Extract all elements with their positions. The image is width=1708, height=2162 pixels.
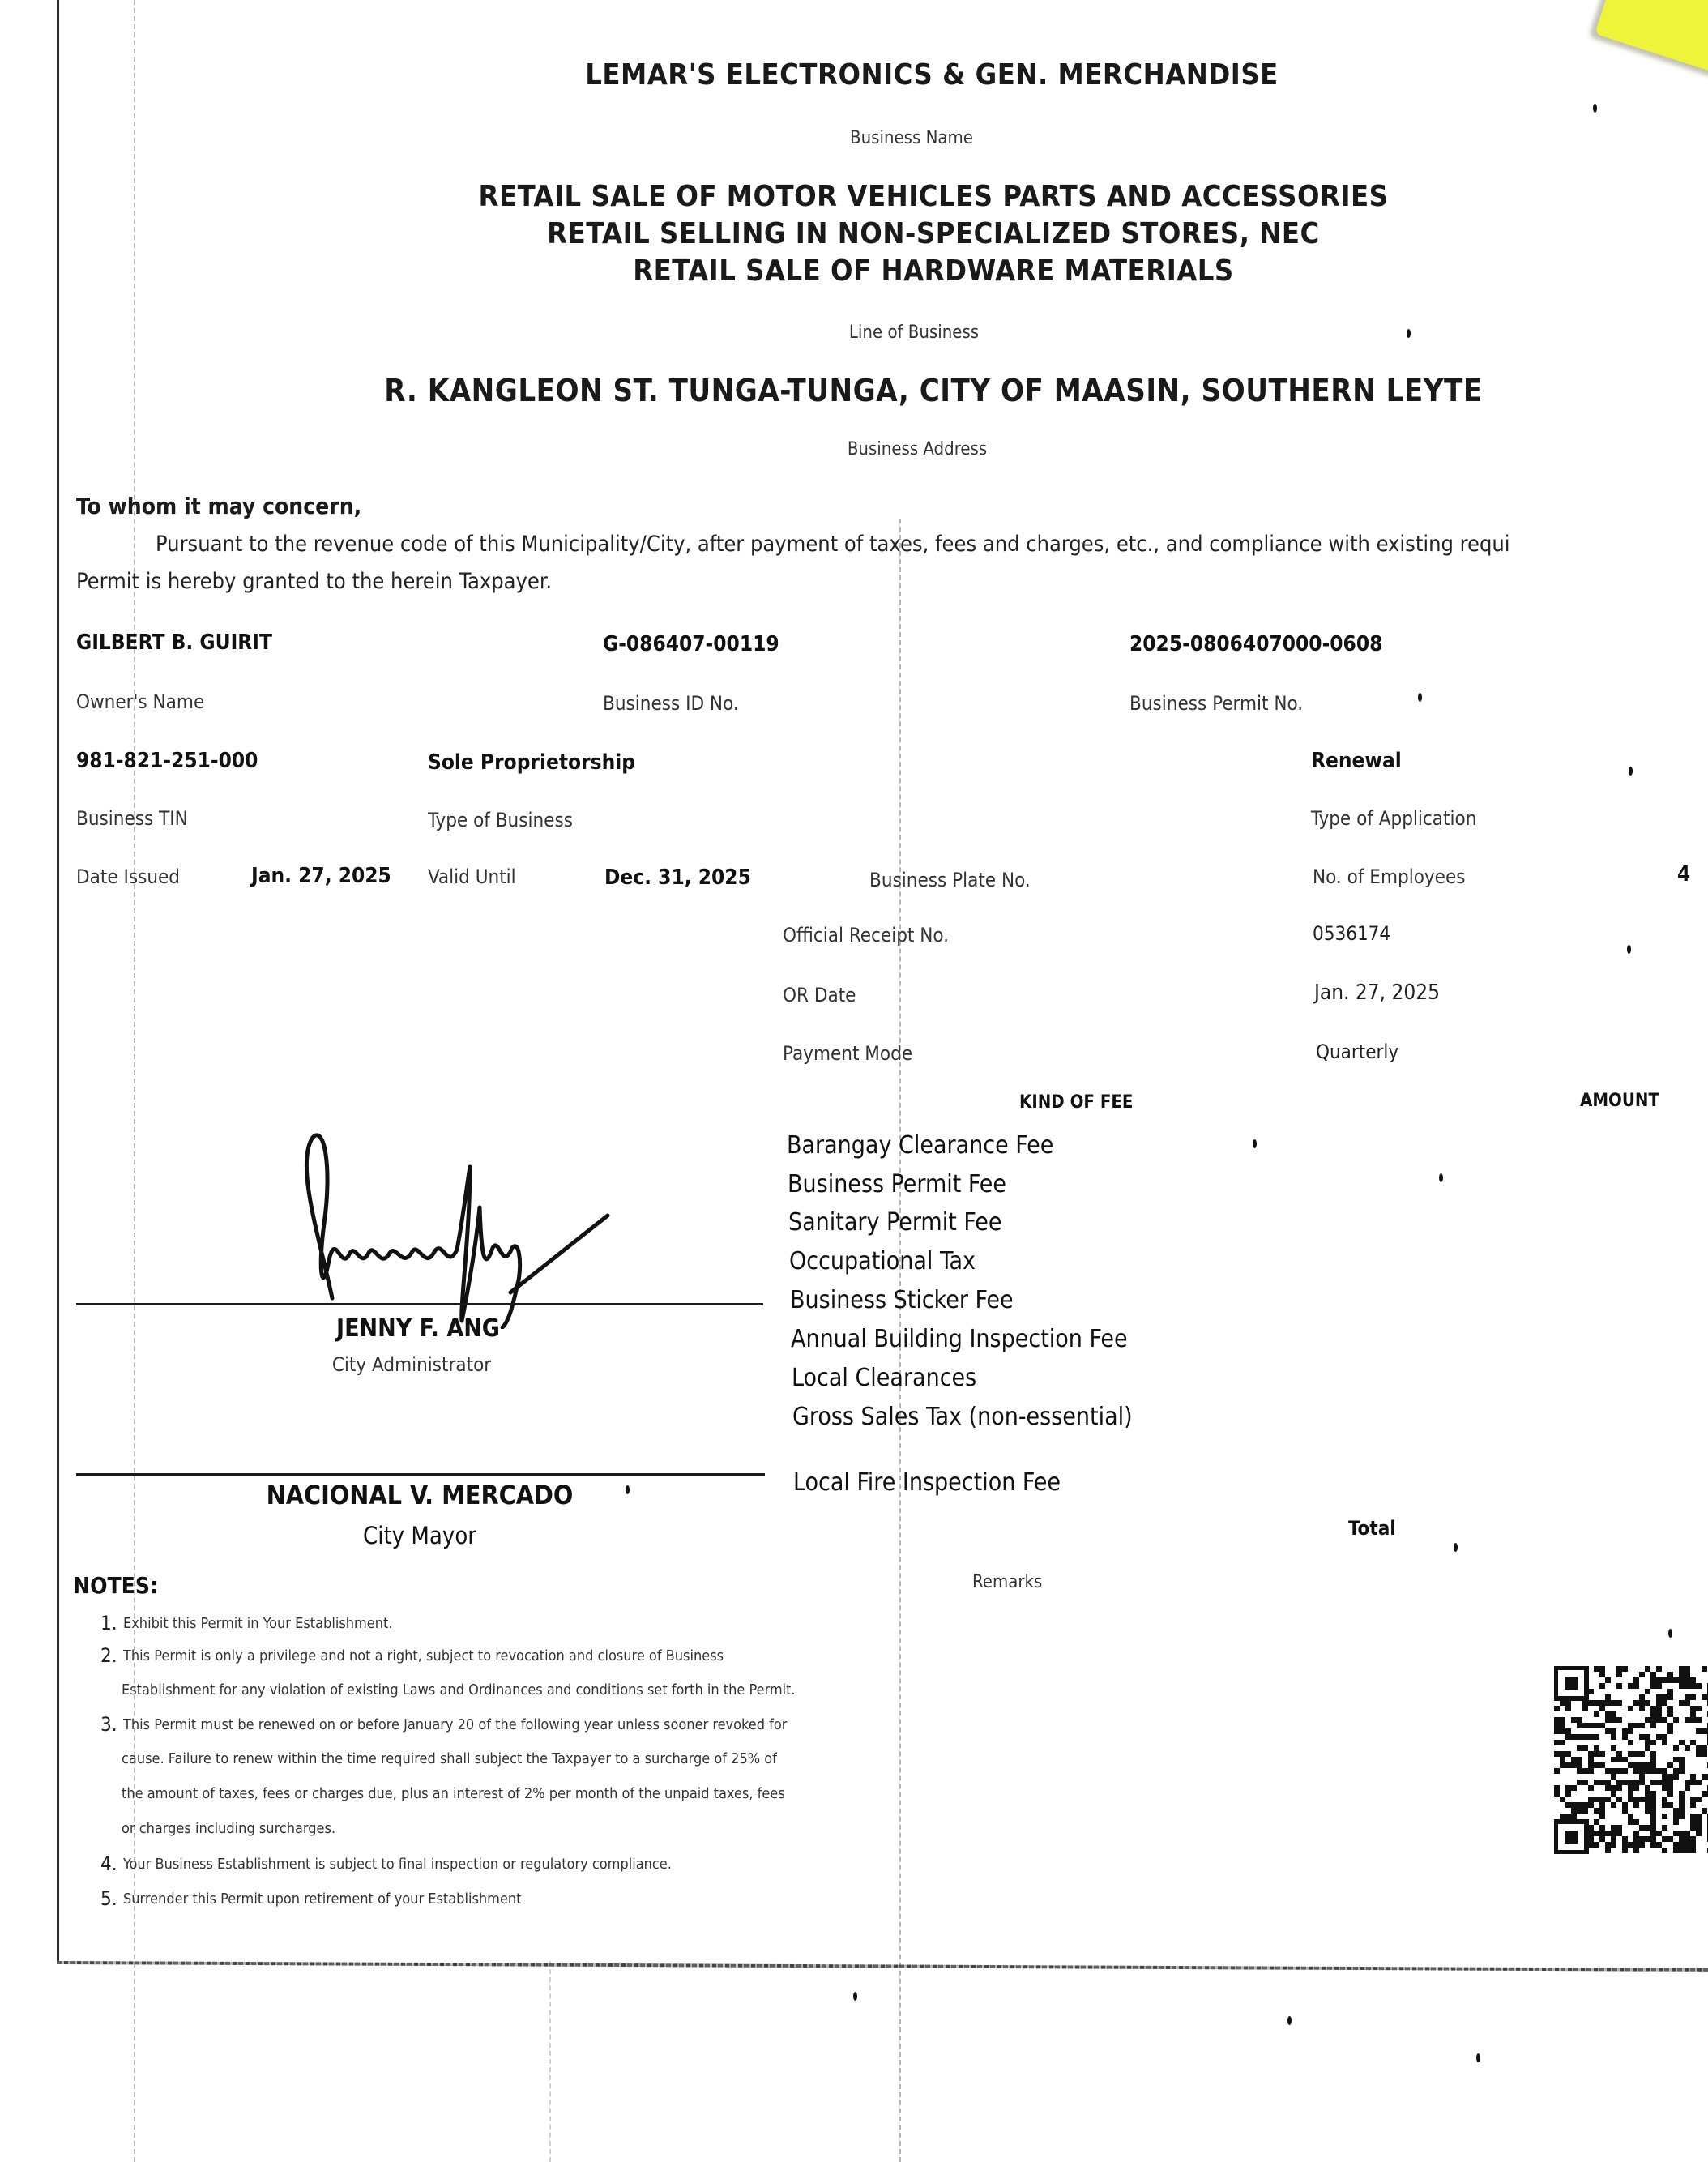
business-name-caption: Business Name bbox=[850, 128, 973, 148]
scan-fold-line bbox=[549, 1961, 551, 2162]
fee-row: Local Fire Inspection Fee bbox=[793, 1468, 1061, 1497]
business-id-value: G-086407-00119 bbox=[603, 632, 779, 656]
total-label: Total bbox=[1348, 1517, 1396, 1540]
business-name: LEMAR'S ELECTRONICS & GEN. MERCHANDISE bbox=[585, 58, 1279, 92]
body-paragraph-line: Pursuant to the revenue code of this Mun… bbox=[156, 532, 1510, 557]
type-of-business-value: Sole Proprietorship bbox=[428, 750, 635, 775]
note-text-line: or charges including surcharges. bbox=[122, 1820, 335, 1837]
fee-name: Gross Sales Tax (non-essential) bbox=[792, 1403, 1133, 1431]
valid-until-label: Valid Until bbox=[428, 865, 516, 888]
fee-row: Barangay Clearance Fee bbox=[787, 1131, 1053, 1160]
payment-mode-value: Quarterly bbox=[1316, 1040, 1398, 1063]
signatory-name: JENNY F. ANG bbox=[336, 1314, 500, 1343]
date-issued-label: Date Issued bbox=[76, 865, 180, 888]
signature-line bbox=[76, 1473, 765, 1476]
signatory-title: City Mayor bbox=[363, 1522, 476, 1549]
fee-row: Local Clearances bbox=[792, 1364, 976, 1392]
ink-speck bbox=[1439, 1173, 1443, 1182]
fee-name: Barangay Clearance Fee bbox=[787, 1131, 1053, 1160]
note-number: 1. bbox=[100, 1612, 117, 1634]
page-left-border bbox=[57, 0, 59, 1961]
ink-speck bbox=[1253, 1139, 1257, 1148]
ink-speck bbox=[853, 1992, 857, 2001]
fee-kind-header: KIND OF FEE bbox=[1019, 1092, 1133, 1113]
line-of-business-3: RETAIL SALE OF HARDWARE MATERIALS bbox=[633, 254, 1234, 288]
type-of-application-label: Type of Application bbox=[1311, 807, 1476, 830]
sticky-note bbox=[1595, 0, 1708, 76]
business-plate-no-label: Business Plate No. bbox=[869, 869, 1031, 891]
type-of-application-value: Renewal bbox=[1311, 749, 1402, 773]
official-receipt-no-value: 0536174 bbox=[1313, 922, 1390, 945]
type-of-business-label: Type of Business bbox=[428, 809, 573, 831]
business-permit-no-value: 2025-0806407000-0608 bbox=[1129, 632, 1382, 656]
ink-speck bbox=[1593, 104, 1597, 113]
signatory-title: City Administrator bbox=[332, 1353, 491, 1376]
business-address: R. KANGLEON ST. TUNGA-TUNGA, CITY OF MAA… bbox=[384, 373, 1482, 408]
fee-name: Occupational Tax bbox=[789, 1247, 976, 1275]
fee-name: Sanitary Permit Fee bbox=[788, 1208, 1001, 1237]
note-text-line: Surrender this Permit upon retirement of… bbox=[123, 1891, 522, 1908]
notes-heading: NOTES: bbox=[73, 1572, 158, 1599]
salutation: To whom it may concern, bbox=[76, 493, 361, 519]
valid-until-value: Dec. 31, 2025 bbox=[604, 865, 751, 890]
fee-amount-header: AMOUNT bbox=[1580, 1091, 1659, 1111]
official-receipt-no-label: Official Receipt No. bbox=[783, 924, 949, 946]
payment-mode-label: Payment Mode bbox=[783, 1042, 912, 1065]
ink-speck bbox=[1418, 693, 1422, 702]
page-bottom-edge bbox=[57, 1961, 1708, 1972]
business-permit-no-label: Business Permit No. bbox=[1129, 692, 1303, 715]
note-text-line: Establishment for any violation of exist… bbox=[122, 1681, 796, 1698]
line-of-business-1: RETAIL SALE OF MOTOR VEHICLES PARTS AND … bbox=[479, 180, 1389, 213]
ink-speck bbox=[1454, 1543, 1458, 1552]
fee-name: Business Sticker Fee bbox=[790, 1286, 1014, 1314]
ink-speck bbox=[1668, 1629, 1672, 1638]
ink-speck bbox=[1287, 2016, 1292, 2025]
fee-row: Occupational Tax bbox=[789, 1247, 976, 1275]
fee-name: Business Permit Fee bbox=[788, 1170, 1006, 1198]
business-tin-value: 981-821-251-000 bbox=[76, 749, 258, 773]
fee-name: Local Fire Inspection Fee bbox=[793, 1468, 1061, 1497]
scan-fold-line bbox=[134, 0, 135, 2162]
fee-row: Business Sticker Fee bbox=[790, 1286, 1014, 1314]
note-text-line: cause. Failure to renew within the time … bbox=[122, 1750, 777, 1767]
or-date-label: OR Date bbox=[783, 984, 856, 1006]
or-date-value: Jan. 27, 2025 bbox=[1314, 981, 1440, 1005]
note-number: 5. bbox=[100, 1887, 117, 1910]
signatory-name: NACIONAL V. MERCADO bbox=[267, 1480, 574, 1510]
remarks-label: Remarks bbox=[972, 1572, 1042, 1592]
ink-speck bbox=[1627, 945, 1631, 954]
ink-speck bbox=[1476, 2053, 1480, 2062]
note-text-line: Your Business Establishment is subject t… bbox=[123, 1856, 672, 1873]
fee-name: Local Clearances bbox=[792, 1364, 976, 1392]
business-id-label: Business ID No. bbox=[603, 692, 739, 715]
fee-row: Sanitary Permit Fee bbox=[788, 1208, 1001, 1237]
note-text-line: This Permit must be renewed on or before… bbox=[123, 1716, 787, 1733]
business-address-caption: Business Address bbox=[848, 439, 987, 459]
no-of-employees-value: 4 bbox=[1677, 862, 1690, 887]
no-of-employees-label: No. of Employees bbox=[1313, 865, 1466, 888]
note-text-line: This Permit is only a privilege and not … bbox=[123, 1647, 724, 1664]
signature-graphic bbox=[275, 1118, 616, 1329]
owner-name-label: Owner's Name bbox=[76, 690, 204, 713]
ink-speck bbox=[1407, 329, 1411, 338]
owner-name-value: GILBERT B. GUIRIT bbox=[76, 630, 272, 655]
fee-row: Gross Sales Tax (non-essential) bbox=[792, 1403, 1133, 1431]
body-paragraph-line: Permit is hereby granted to the herein T… bbox=[76, 569, 552, 594]
line-of-business-2: RETAIL SELLING IN NON-SPECIALIZED STORES… bbox=[547, 217, 1320, 250]
fee-row: Annual Building Inspection Fee bbox=[791, 1325, 1128, 1353]
note-number: 3. bbox=[100, 1713, 117, 1736]
note-text-line: Exhibit this Permit in Your Establishmen… bbox=[123, 1615, 393, 1632]
signature-line bbox=[76, 1303, 763, 1305]
ink-speck bbox=[626, 1485, 630, 1494]
fee-row: Business Permit Fee bbox=[788, 1170, 1006, 1198]
note-text-line: the amount of taxes, fees or charges due… bbox=[122, 1785, 785, 1802]
line-of-business-caption: Line of Business bbox=[849, 323, 979, 343]
qr-code bbox=[1554, 1666, 1708, 1854]
business-tin-label: Business TIN bbox=[76, 807, 188, 830]
note-number: 2. bbox=[100, 1644, 117, 1667]
note-number: 4. bbox=[100, 1852, 117, 1875]
ink-speck bbox=[1629, 767, 1633, 775]
fee-name: Annual Building Inspection Fee bbox=[791, 1325, 1128, 1353]
date-issued-value: Jan. 27, 2025 bbox=[251, 864, 391, 888]
